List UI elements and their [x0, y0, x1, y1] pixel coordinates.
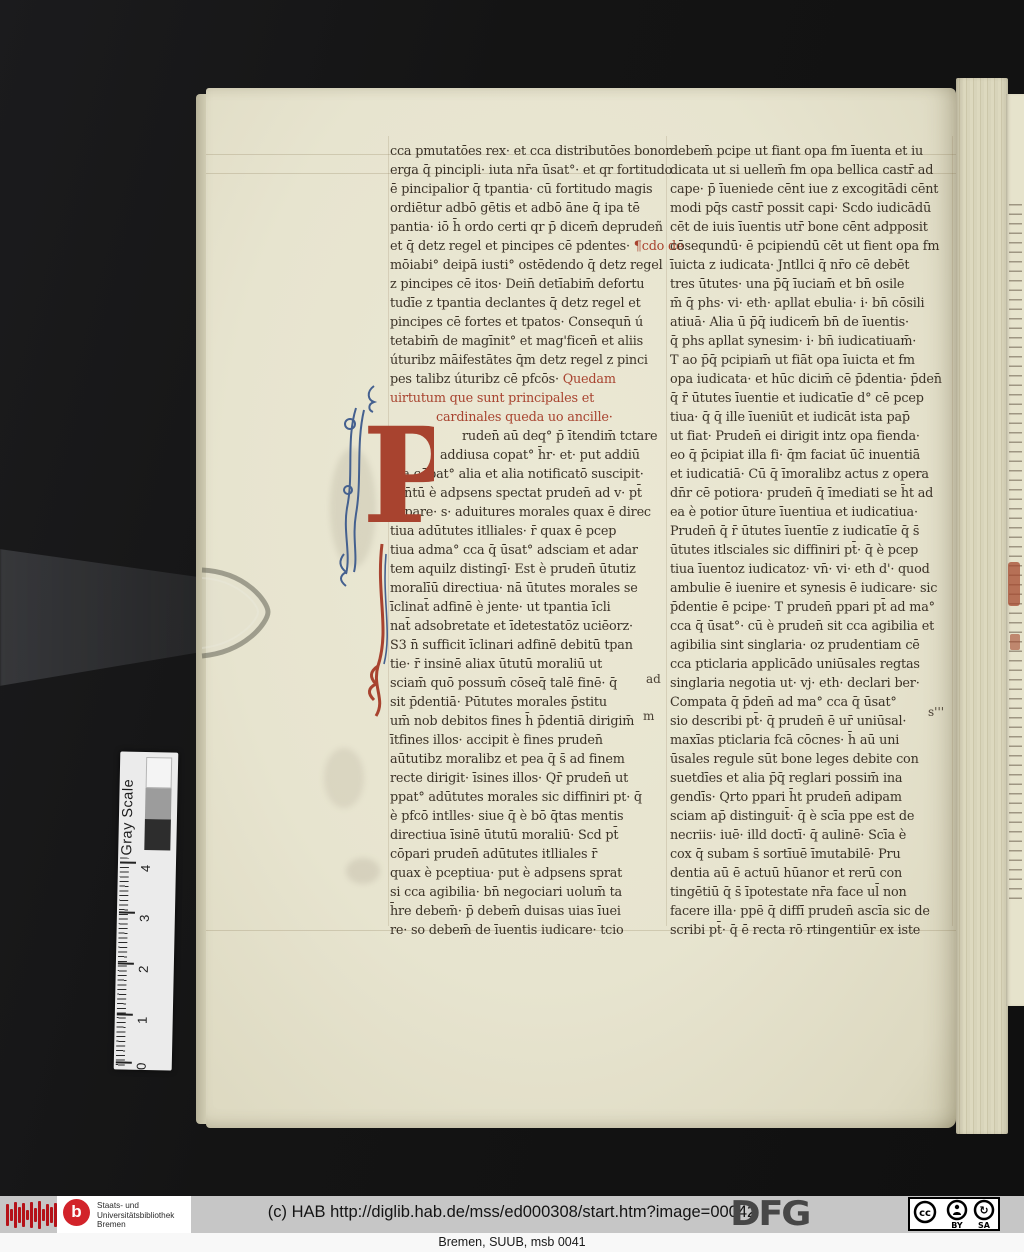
manuscript-text-line: atiuā· Alia ū p̄q̄ iudicem̄ bn̄ de īuent… — [670, 313, 952, 332]
manuscript-text-line: z pincipes cē itos· Dein̄ detīabim̄ defo… — [390, 275, 666, 294]
manuscript-text-line: è pfcō intlles· siue q̄ è bō q̄tas menti… — [390, 807, 666, 826]
manuscript-text-line: pincipes cē fortes et tpatos· Consequn̄ … — [390, 313, 666, 332]
manuscript-text-line: cēt de iuis īuentis utr̄ bone cēnt adppo… — [670, 218, 952, 237]
manuscript-text-line: sio describi pt̄· q̄ pruden̄ ē ur̄ uniūs… — [670, 712, 952, 731]
manuscript-text-line: tetabim̄ de magīnit° et mag'ficen̄ et al… — [390, 332, 666, 351]
suub-line: Universitätsbibliothek — [97, 1211, 174, 1221]
manuscript-text-line: si cca agibilia· bn̄ negociari uolum̄ ta — [390, 883, 666, 902]
manuscript-text-line: necriis· iuē· illd doctī· q̄ aulinē· Scī… — [670, 826, 952, 845]
manuscript-text-line: scribi pt̄· q̄ ē recta rō rtingentiūr ex… — [670, 921, 952, 940]
manuscript-text-line: cape· p̄ īueniede cēnt iue z excogitādi … — [670, 180, 952, 199]
ruler-number: 3 — [137, 908, 151, 922]
manuscript-text-line: ppat° adūtutes morales sic diffiniri pt·… — [390, 788, 666, 807]
manuscript-text-line: tudīe z tpantia declantes q̄ detz regel … — [390, 294, 666, 313]
book-fore-edge — [956, 78, 1008, 1134]
manuscript-text-line: opa iudicata· et hūc dicim̄ cē p̄dentia·… — [670, 370, 952, 389]
initial-letter-glyph: P — [362, 404, 434, 554]
suub-logo-box: b Staats- und Universitätsbibliothek Bre… — [57, 1196, 191, 1233]
manuscript-text-line: agibilia sint singlaria· oz prudentiam c… — [670, 636, 952, 655]
blue-paraph-flourish — [364, 384, 380, 414]
manuscript-text-line: ambulie ē iuenire et synesis ē iudicare·… — [670, 579, 952, 598]
manuscript-text-line: ūsales regule sūt bone leges debite con — [670, 750, 952, 769]
suub-line: Staats- und — [97, 1201, 174, 1211]
manuscript-text-line: m̄ q̄ phs· vi· eth· apllat ebulia· i· bn… — [670, 294, 952, 313]
manuscript-text-line: tres ūtutes· una p̄q̄ īuciam̄ et bn̄ osi… — [670, 275, 952, 294]
manuscript-text-line: quax è pceptiua· put è adpsens sprat — [390, 864, 666, 883]
manuscript-text-line: facere illa· ppē q̄ diffī pruden̄ ascīa … — [670, 902, 952, 921]
manuscript-text-line: Pruden̄ q̄ r̄ ūtutes īuentīe z iudicatīe… — [670, 522, 952, 541]
marginal-note: m — [643, 709, 654, 723]
manuscript-text-line: pantia· iō h̄ ordo certi qr p̄ dicem̄ de… — [390, 218, 666, 237]
manuscript-text-line: ea è potior ūture īuentiua et iudicatiua… — [670, 503, 952, 522]
manuscript-text-line: q̄ r̄ ūtutes īuentie et iudicatīe d° cē … — [670, 389, 952, 408]
manuscript-text-line: tingētiū q̄ s̄ īpotestate nr̄a face ul̄ … — [670, 883, 952, 902]
margin-smudge — [346, 858, 380, 884]
manuscript-text-line: úturibz māifestātes q̄m detz regel z pin… — [390, 351, 666, 370]
ruler-number: 2 — [136, 959, 150, 973]
manuscript-text-line: recte dirigit· īsines illos· Qr̄ pruden̄… — [390, 769, 666, 788]
manuscript-text-line: tiua· q̄ q̄ ille īueniūt et iudicāt ista… — [670, 408, 952, 427]
manuscript-text-line: pes talibz úturibz cē pfcōs· Quedam — [390, 370, 666, 389]
manuscript-text-line: dicata ut si uellem̄ fm opa bellica cast… — [670, 161, 952, 180]
gray-scale-patches — [144, 757, 172, 851]
marginal-note: s''' — [928, 705, 944, 719]
manuscript-text-line: Compata q̄ p̄den̄ ad ma° cca q̄ ūsat° — [670, 693, 952, 712]
ruler-number: 1 — [135, 1010, 149, 1024]
ruler-number: 0 — [134, 1056, 148, 1070]
ruler-number: 4 — [138, 858, 152, 872]
transparent-page-clip — [198, 560, 276, 664]
ruler-major-tick — [116, 1061, 132, 1063]
shelfmark-text: Bremen, SUUB, msb 0041 — [438, 1235, 585, 1249]
manuscript-text-line: cōpari pruden̄ adūtutes itlliales r̄ — [390, 845, 666, 864]
manuscript-text-line: gendīs· Qrto ppari h̄t pruden̄ adipam — [670, 788, 952, 807]
manuscript-text-line: T ao p̄q̄ pcipiam̄ ut fiāt opa īuicta et… — [670, 351, 952, 370]
manuscript-text-line: ē pincipalior q̄ tpantia· cū fortitudo m… — [390, 180, 666, 199]
manuscript-text-line: directiua īsinē ūtutū moraliū· Scd pt̄ — [390, 826, 666, 845]
manuscript-text-line: dentia aū ē actuū hūanor et rerū con — [670, 864, 952, 883]
manuscript-text-line: erga q̄ pincipli· iuta nr̄a ūsat°· et qr… — [390, 161, 666, 180]
dfg-logo: DFG — [730, 1194, 809, 1234]
next-folio-red-initial — [1008, 562, 1020, 606]
manuscript-text-line: modi pq̄s castr̄ possit capi· Scdo iudic… — [670, 199, 952, 218]
svg-text:SA: SA — [978, 1221, 991, 1230]
manuscript-text-line: h̄re debem̄· p̄ debem̄ duisas uias īuei — [390, 902, 666, 921]
marginal-note: ad — [646, 672, 661, 686]
manuscript-text-line: p̄dentie ē pcipe· T pruden̄ ppari pt̄ ad… — [670, 598, 952, 617]
suub-line: Bremen — [97, 1220, 174, 1230]
ruler-major-tick — [119, 911, 135, 913]
patch-black — [144, 819, 171, 851]
manuscript-text-line: cca pticlaria applicādo uniūsales regtas — [670, 655, 952, 674]
patch-white — [146, 757, 173, 789]
manuscript-photo-area: cca pmutatōes rex· et cca distributōes b… — [0, 0, 1024, 1196]
manuscript-text-line: cōsequndū· ē pcipiendū cēt ut fient opa … — [670, 237, 952, 256]
svg-text:↻: ↻ — [979, 1204, 988, 1217]
column-guide-line — [952, 136, 953, 926]
manuscript-text-line: singlaria negotia ut· vj· eth· declari b… — [670, 674, 952, 693]
manuscript-text-line: mōiabi° deipā iusti° ostēdendo q̄ detz r… — [390, 256, 666, 275]
next-folio-red-mark — [1010, 634, 1020, 650]
manuscript-text-line: et q̄ detz regel et pincipes cē pdentes·… — [390, 237, 666, 256]
column-guide-line — [666, 136, 667, 926]
manuscript-text-line: sciam ap̄ distinguit̄· q̄ è scīa ppe est… — [670, 807, 952, 826]
decorated-initial-P: P — [334, 404, 434, 724]
manuscript-page: cca pmutatōes rex· et cca distributōes b… — [206, 88, 956, 1128]
manuscript-text-line: debem̄ pcipe ut fiant opa fm īuenta et i… — [670, 142, 952, 161]
next-folio-edge — [1006, 94, 1024, 1006]
manuscript-text-line: cox q̄ subam s̄ sortīuē īmutabilē· Pru — [670, 845, 952, 864]
gray-scale-ruler: Gray Scale 4 3 2 1 0 — [114, 751, 179, 1070]
suub-barcode-logo — [6, 1200, 57, 1229]
manuscript-text-line: ītfines illos· accipit è fines pruden̄ — [390, 731, 666, 750]
manuscript-text-line: cca q̄ ūsat°· cū è pruden̄ sit cca agibi… — [670, 617, 952, 636]
manuscript-text-line: ūtutes itlsciales sic diffiniri pt̄· q̄ … — [670, 541, 952, 560]
shelfmark-strip: Bremen, SUUB, msb 0041 — [0, 1233, 1024, 1252]
ruler-major-tick — [117, 1013, 133, 1015]
suub-logo-text: Staats- und Universitätsbibliothek Breme… — [97, 1201, 174, 1230]
manuscript-text-line: cca pmutatōes rex· et cca distributōes b… — [390, 142, 666, 161]
text-column-right: debem̄ pcipe ut fiant opa fm īuenta et i… — [670, 142, 952, 940]
next-folio-text-slice — [1009, 204, 1022, 904]
cc-license-badge: cc BY ↻ SA — [908, 1197, 1000, 1231]
svg-text:BY: BY — [951, 1221, 963, 1230]
manuscript-text-line: eo q̄ p̄cipiat illa fi· q̄m faciat ūc̄ i… — [670, 446, 952, 465]
book-weight-strap — [0, 540, 216, 692]
caption-bar: b Staats- und Universitätsbibliothek Bre… — [0, 1196, 1024, 1233]
manuscript-text-line: maxīas pticlaria fcā cōcnes· h̄ aū uni — [670, 731, 952, 750]
manuscript-text-line: aūtutibz moralibz et pea q̄ s̄ ad finem — [390, 750, 666, 769]
manuscript-text-line: tiua īuentoz iudicatoz· vn̄· vi· eth d'·… — [670, 560, 952, 579]
svg-text:cc: cc — [919, 1208, 931, 1219]
manuscript-text-line: īuicta z iudicata· Jntllci q̄ nr̄o cē de… — [670, 256, 952, 275]
manuscript-text-line: ut fiat· Pruden̄ ei dirigit intz opa fie… — [670, 427, 952, 446]
suub-b-icon: b — [63, 1199, 90, 1226]
manuscript-text-line: q̄ phs apllat synesim· i· bn̄ iudicatiua… — [670, 332, 952, 351]
manuscript-text-line: ordiētur adbō gētis et adbō āne q̄ ipa t… — [390, 199, 666, 218]
ruler-major-tick — [118, 962, 134, 964]
manuscript-text-line: et iudicatiā· Cū q̄ īmoralibz actus z op… — [670, 465, 952, 484]
patch-gray — [145, 788, 172, 820]
manuscript-text-line: dn̄r cē potiora· pruden̄ q̄ īmediati se … — [670, 484, 952, 503]
manuscript-text-line: re· so debem̄ de īuentis iudicare· tcio — [390, 921, 666, 940]
digitized-manuscript-viewer: { "caption": { "copyright_url": "(c) HAB… — [0, 0, 1024, 1252]
manuscript-text-line: suetdīes et alia p̄q̄ reglari possim̄ in… — [670, 769, 952, 788]
copyright-url-text: (c) HAB http://diglib.hab.de/mss/ed00030… — [268, 1203, 756, 1222]
margin-smudge — [324, 748, 364, 808]
ruler-major-tick — [120, 861, 136, 863]
